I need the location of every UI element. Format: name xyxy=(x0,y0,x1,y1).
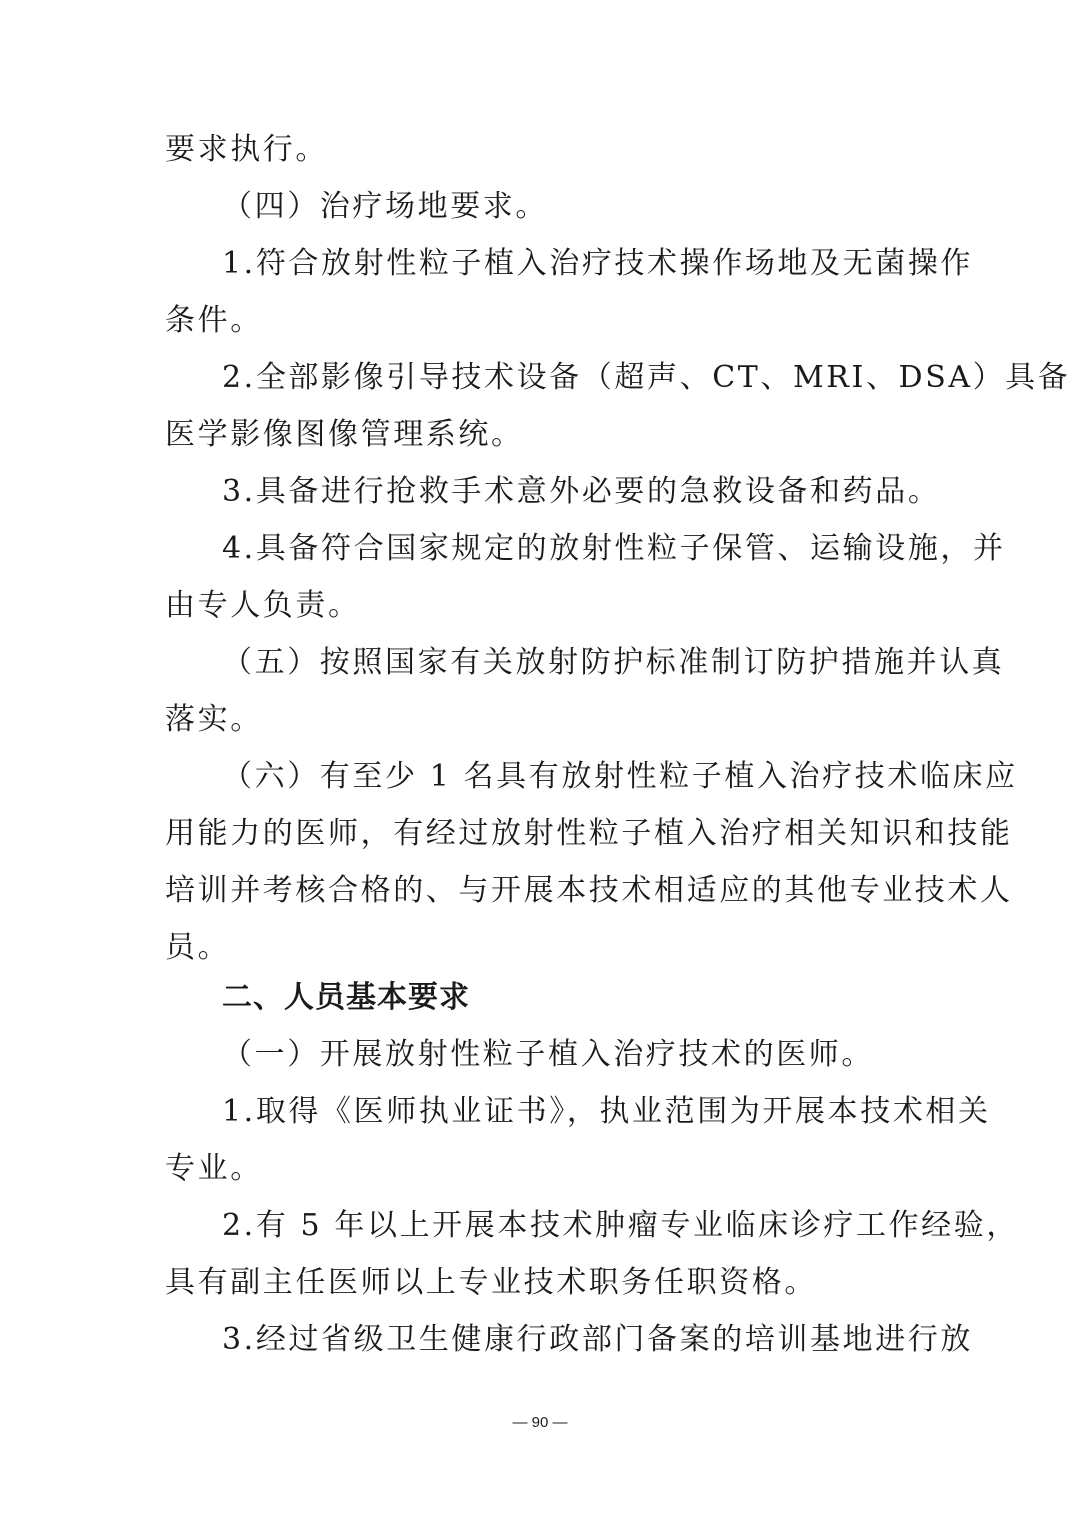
text-line: 用能力的医师，有经过放射性粒子植入治疗相关知识和技能 xyxy=(165,816,917,852)
page-number: — 90 — xyxy=(0,1414,1080,1431)
text-line: 条件。 xyxy=(165,303,917,339)
text-line: 2.有 5 年以上开展本技术肿瘤专业临床诊疗工作经验， xyxy=(222,1208,917,1244)
text-line: 医学影像图像管理系统。 xyxy=(165,417,917,453)
text-line: 落实。 xyxy=(165,702,917,738)
text-line: 具有副主任医师以上专业技术职务任职资格。 xyxy=(165,1265,917,1301)
text-line: （四）治疗场地要求。 xyxy=(222,189,917,225)
text-line: 培训并考核合格的、与开展本技术相适应的其他专业技术人 xyxy=(165,873,917,909)
section-heading: 二、人员基本要求 xyxy=(222,980,974,1016)
text-line: 1.取得《医师执业证书》，执业范围为开展本技术相关 xyxy=(222,1094,917,1130)
text-line: 1.符合放射性粒子植入治疗技术操作场地及无菌操作 xyxy=(222,246,917,282)
document-page: 要求执行。（四）治疗场地要求。1.符合放射性粒子植入治疗技术操作场地及无菌操作条… xyxy=(0,0,1080,1526)
text-line: 要求执行。 xyxy=(165,132,917,168)
text-line: 专业。 xyxy=(165,1151,917,1187)
text-line: 3.具备进行抢救手术意外必要的急救设备和药品。 xyxy=(222,474,917,510)
text-line: 由专人负责。 xyxy=(165,588,917,624)
text-line: 2.全部影像引导技术设备（超声、CT、MRI、DSA）具备 xyxy=(222,360,917,396)
text-line: 3.经过省级卫生健康行政部门备案的培训基地进行放 xyxy=(222,1322,917,1358)
text-line: （一）开展放射性粒子植入治疗技术的医师。 xyxy=(222,1037,917,1073)
text-line: （六）有至少 1 名具有放射性粒子植入治疗技术临床应 xyxy=(222,759,917,795)
text-line: 4.具备符合国家规定的放射性粒子保管、运输设施，并 xyxy=(222,531,917,567)
text-line: （五）按照国家有关放射防护标准制订防护措施并认真 xyxy=(222,645,917,681)
text-line: 员。 xyxy=(165,930,917,966)
